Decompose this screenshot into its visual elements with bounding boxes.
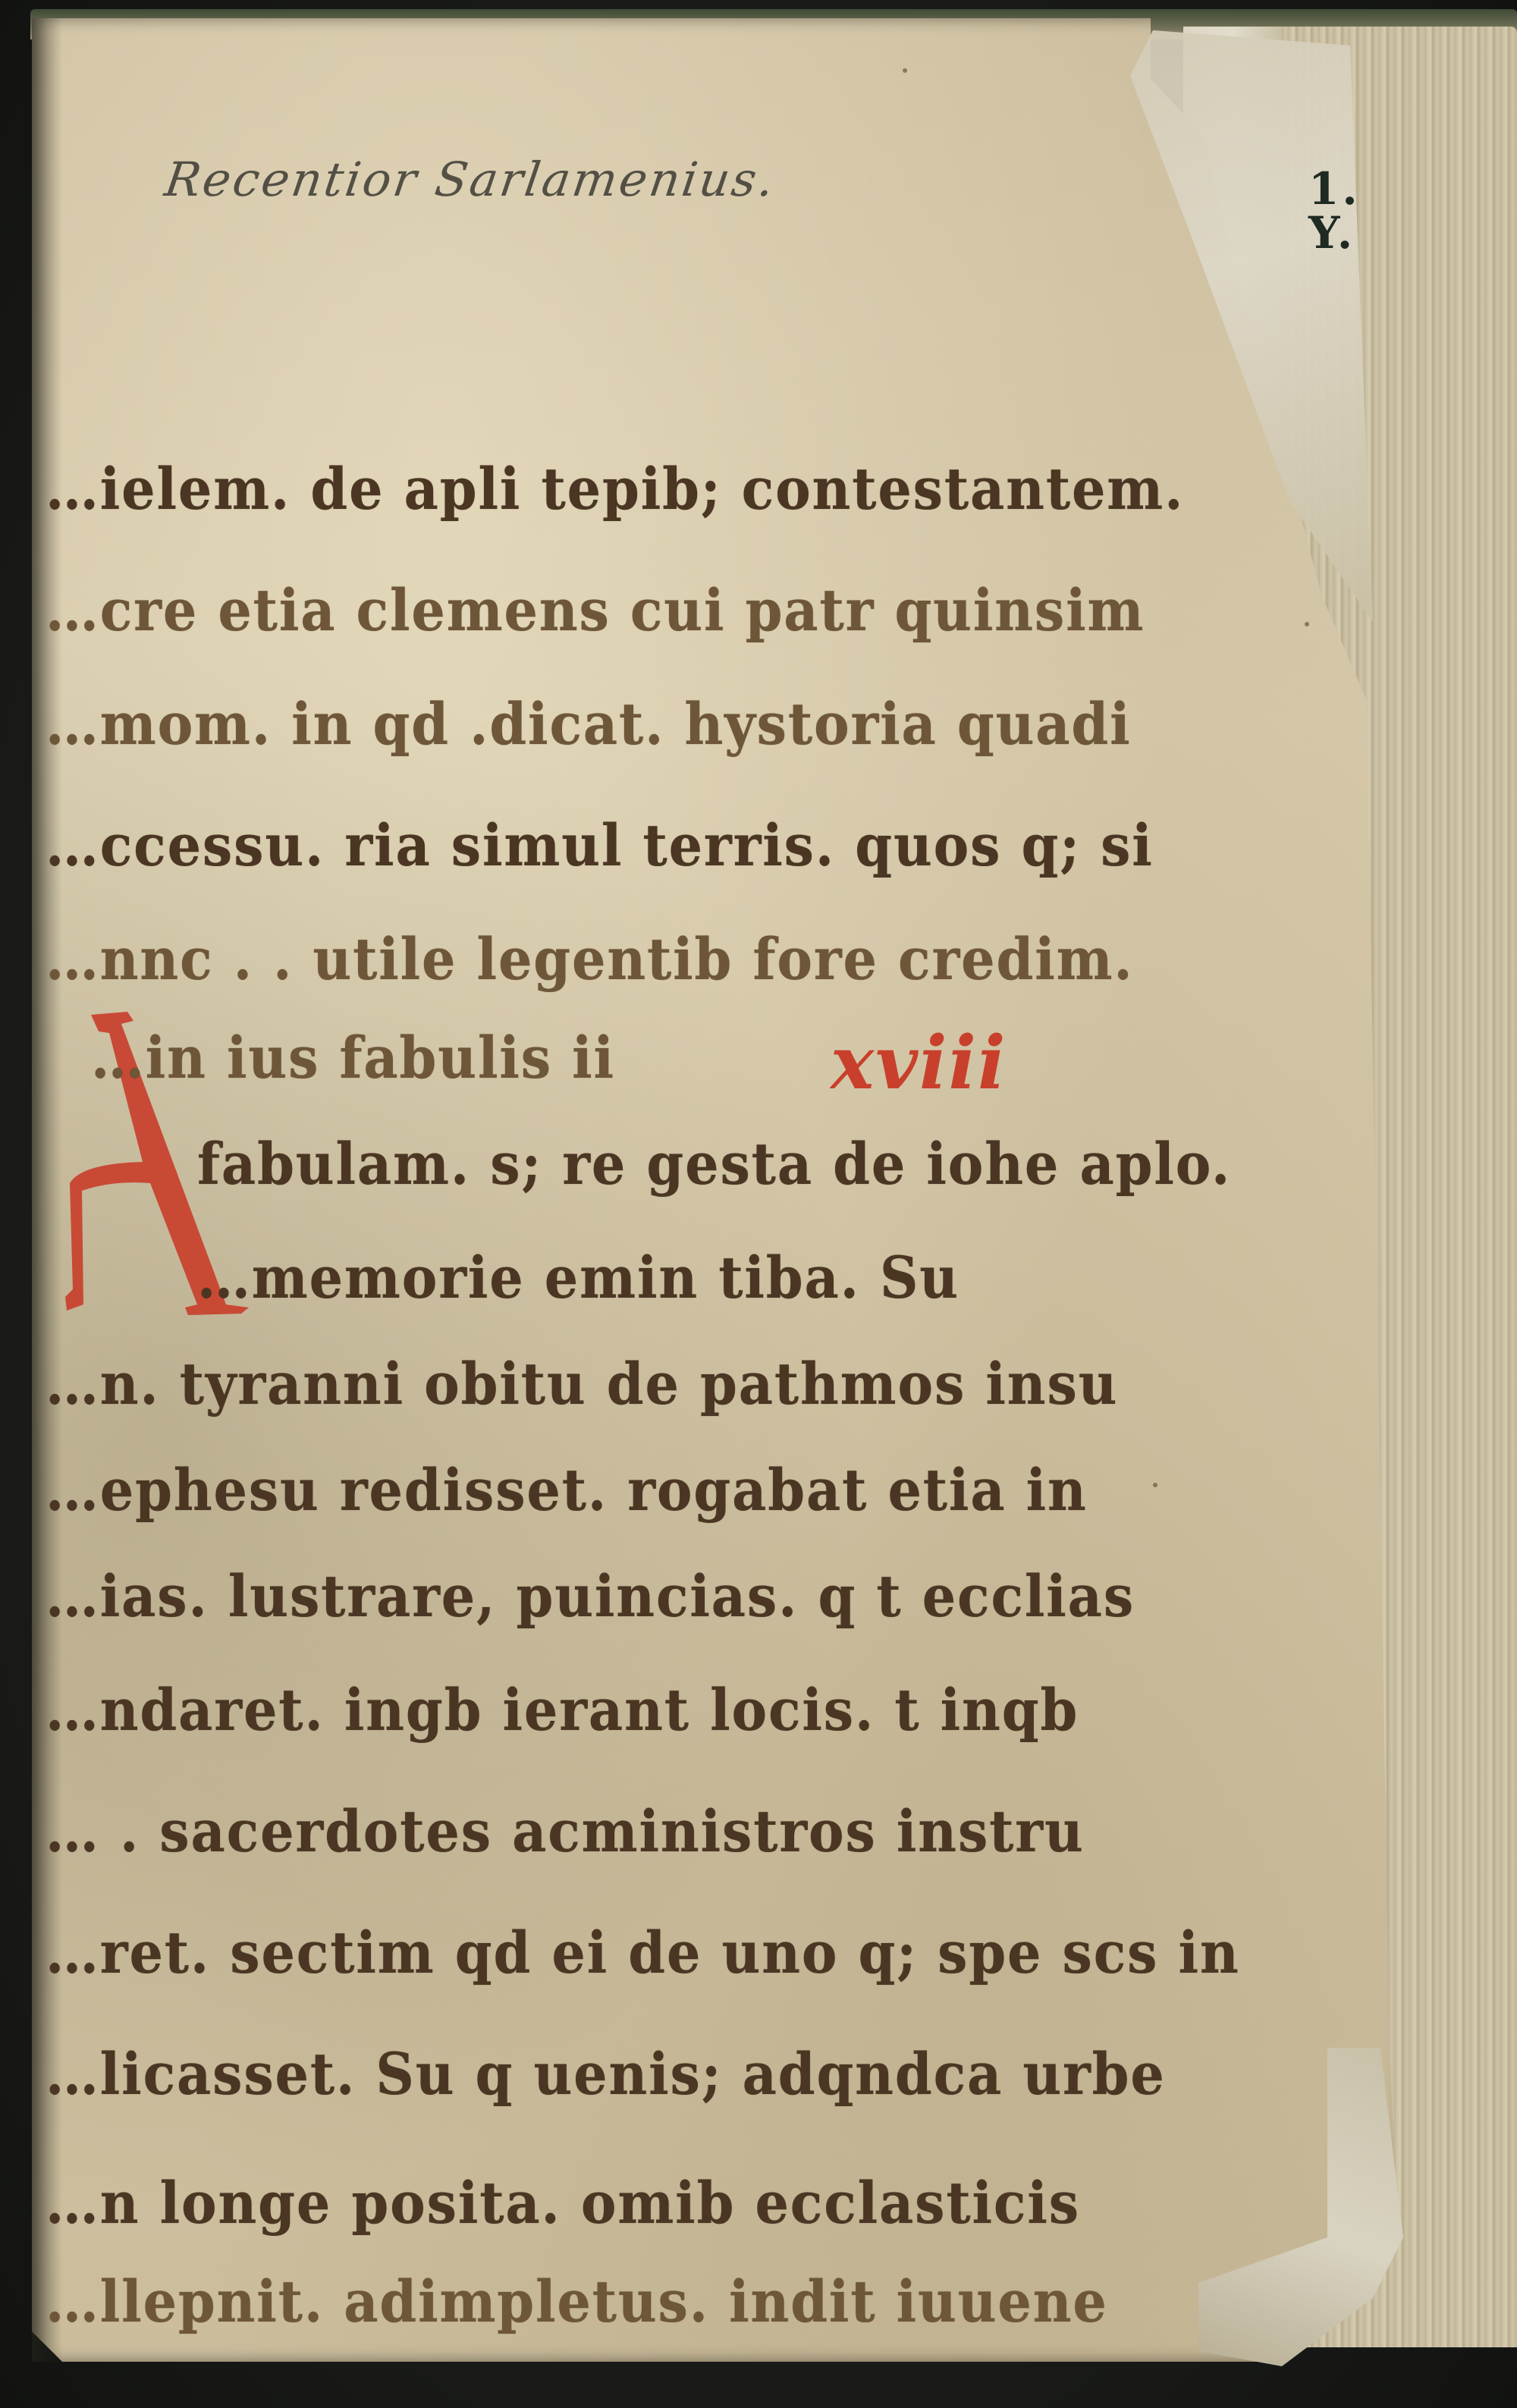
text-line: …ielem. de apli tepib; contestantem.	[46, 455, 1184, 523]
rubric-chapter-numeral: xviii	[831, 1020, 1007, 1106]
text-line: …llepnit. adimpletus. indit iuuene	[46, 2268, 1108, 2335]
text-line: …nnc . . utile legentib fore credim.	[46, 925, 1134, 993]
text-line: fabulam. s; re gesta de iohe aplo.	[197, 1130, 1231, 1198]
text-line: …cre etia clemens cui patr quinsim	[46, 576, 1145, 644]
text-line: …mom. in qd .dicat. hystoria quadi	[46, 690, 1132, 758]
fold-ink-marks: 1. Y.	[1308, 167, 1377, 288]
later-hand-annotation: Recentior Sarlamenius.	[162, 152, 780, 207]
text-line: …licasset. Su q uenis; adqndca urbe	[46, 2040, 1166, 2108]
text-line: … . sacerdotes acministros instru	[46, 1797, 1085, 1865]
text-line: …in ius fabulis ii	[91, 1024, 615, 1091]
ink-speck	[1305, 622, 1309, 626]
text-line: …memorie emin tiba. Su	[197, 1244, 960, 1311]
text-line: …ias. lustrare, puincias. q t ecclias	[46, 1562, 1135, 1630]
text-line: …ret. sectim qd ei de uno q; spe scs in	[46, 1919, 1240, 1986]
ink-speck	[1153, 1483, 1157, 1487]
ink-speck	[903, 68, 907, 73]
text-line: …ephesu redisset. rogabat etia in	[46, 1456, 1088, 1524]
text-line: …n. tyranni obitu de pathmos insu	[46, 1350, 1118, 1417]
text-line: …n longe posita. omib ecclasticis	[46, 2169, 1080, 2237]
text-line: …ndaret. ingb ierant locis. t inqb	[46, 1676, 1079, 1744]
text-line: …ccessu. ria simul terris. quos q; si	[46, 812, 1154, 879]
